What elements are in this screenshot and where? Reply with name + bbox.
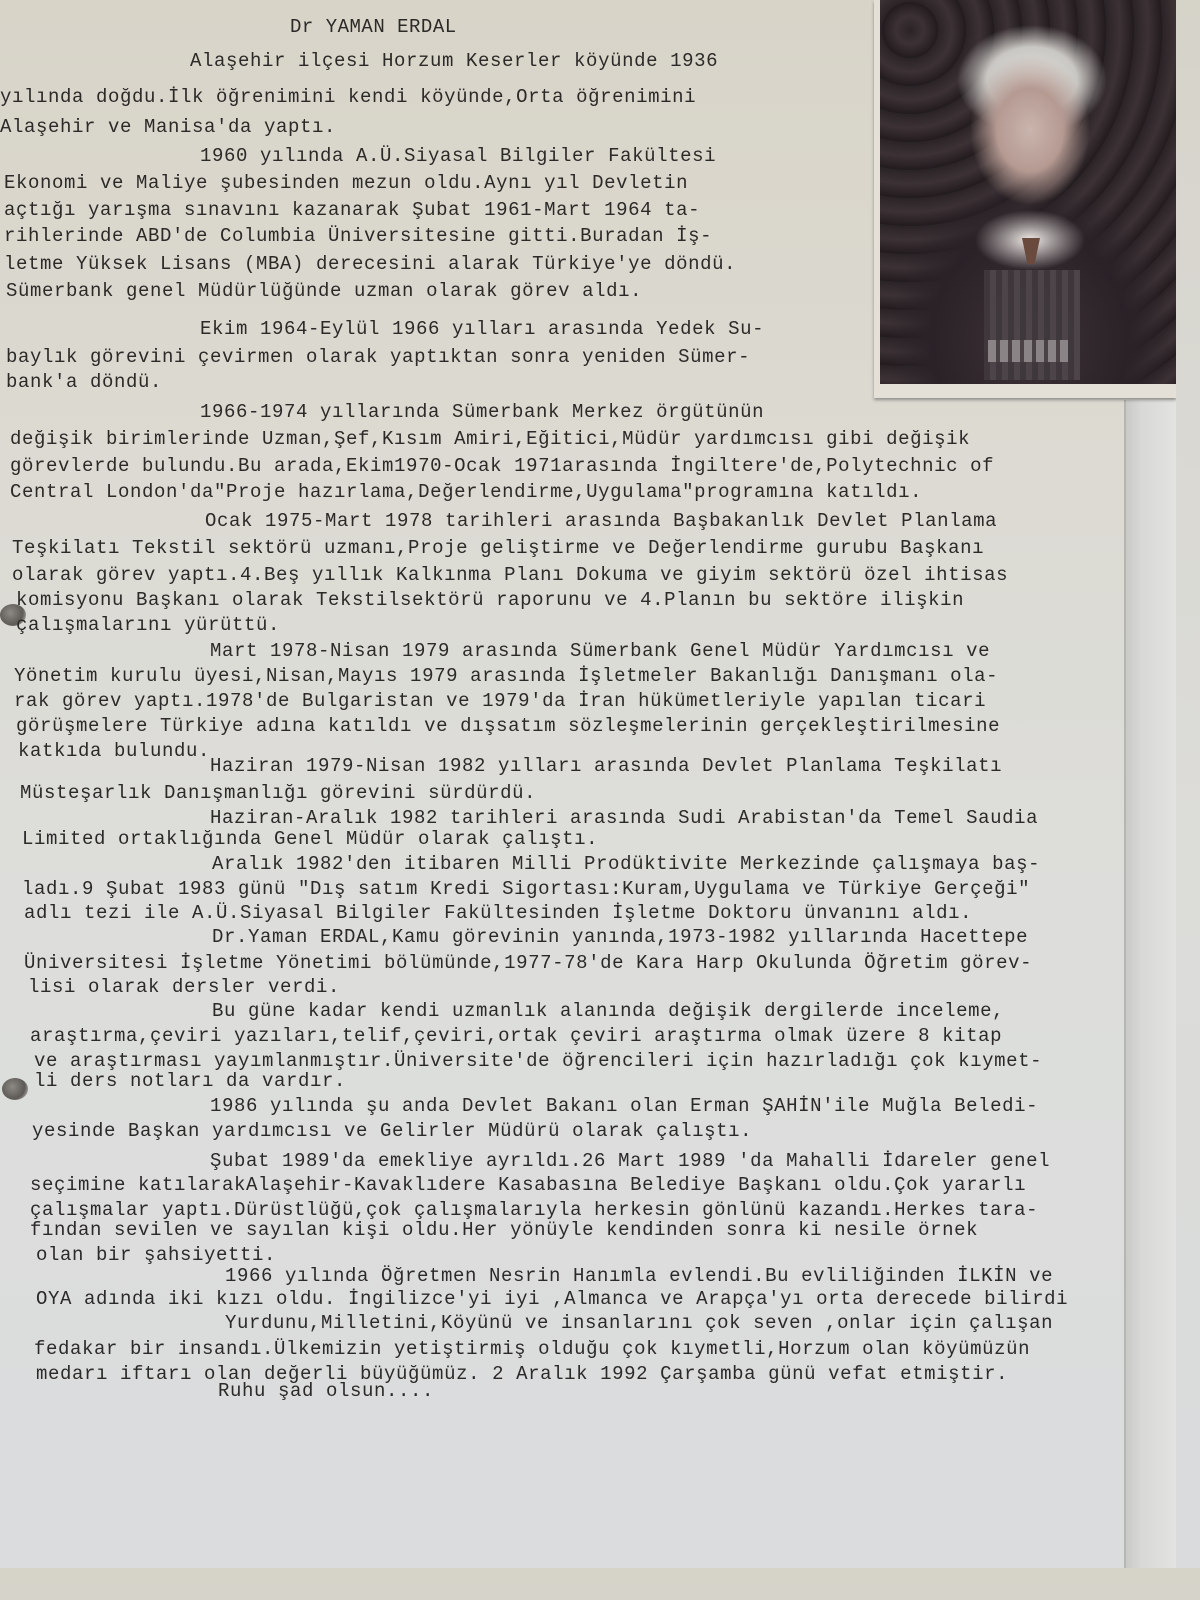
text-line: OYA adında iki kızı oldu. İngilizce'yi i… (36, 1288, 1068, 1310)
text-line: komisyonu Başkanı olarak Tekstilsektörü … (16, 589, 964, 611)
text-line: olarak görev yaptı.4.Beş yıllık Kalkınma… (12, 564, 1008, 586)
text-line: Alaşehir ilçesi Horzum Keserler köyünde … (190, 50, 718, 72)
document-title: Dr YAMAN ERDAL (290, 16, 457, 38)
text-line: rak görev yaptı.1978'de Bulgaristan ve 1… (14, 690, 986, 712)
text-line: Ocak 1975-Mart 1978 tarihleri arasında B… (205, 510, 997, 532)
text-line: Aralık 1982'den itibaren Milli Prodüktiv… (212, 853, 1040, 875)
text-line: seçimine katılarakAlaşehir-Kavaklıdere K… (30, 1174, 1026, 1196)
text-line: Sümerbank genel Müdürlüğünde uzman olara… (6, 280, 642, 302)
text-line: Haziran 1979-Nisan 1982 yılları arasında… (210, 755, 1002, 777)
text-line: görevlerde bulundu.Bu arada,Ekim1970-Oca… (10, 455, 994, 477)
text-line: li ders notları da vardır. (34, 1070, 346, 1092)
text-line: baylık görevini çevirmen olarak yaptıkta… (6, 346, 750, 368)
text-line: Ruhu şad olsun.... (218, 1380, 434, 1402)
text-line: Yönetim kurulu üyesi,Nisan,Mayıs 1979 ar… (14, 665, 998, 687)
text-line: Teşkilatı Tekstil sektörü uzmanı,Proje g… (12, 537, 984, 559)
text-line: Şubat 1989'da emekliye ayrıldı.26 Mart 1… (210, 1150, 1050, 1172)
text-line: 1966-1974 yıllarında Sümerbank Merkez ör… (200, 401, 764, 423)
text-line: Müsteşarlık Danışmanlığı görevini sürdür… (20, 782, 536, 804)
text-line: çalışmalar yaptı.Dürüstlüğü,çok çalışmal… (30, 1199, 1038, 1221)
text-line: görüşmelere Türkiye adına katıldı ve dış… (16, 715, 1000, 737)
text-line: 1960 yılında A.Ü.Siyasal Bilgiler Fakült… (200, 145, 716, 167)
text-line: bank'a döndü. (6, 371, 162, 393)
text-line: araştırma,çeviri yazıları,telif,çeviri,o… (30, 1025, 1002, 1047)
text-line: fedakar bir insandı.Ülkemizin yetiştirmi… (34, 1338, 1030, 1360)
text-line: Ekonomi ve Maliye şubesinden mezun oldu.… (4, 172, 688, 194)
text-line: Mart 1978-Nisan 1979 arasında Sümerbank … (210, 640, 990, 662)
text-line: ladı.9 Şubat 1983 günü "Dış satım Kredi … (22, 878, 1030, 900)
text-line: Haziran-Aralık 1982 tarihleri arasında S… (210, 807, 1038, 829)
text-line: Limited ortaklığında Genel Müdür olarak … (22, 828, 598, 850)
text-line: açtığı yarışma sınavını kazanarak Şubat … (4, 199, 700, 221)
text-line: çalışmalarını yürüttü. (16, 614, 280, 636)
text-line: yılında doğdu.İlk öğrenimini kendi köyün… (0, 86, 696, 108)
text-line: rihlerinde ABD'de Columbia Üniversitesin… (4, 225, 712, 247)
text-line: ve araştırması yayımlanmıştır.Üniversite… (34, 1050, 1042, 1072)
text-line: Alaşehir ve Manisa'da yaptı. (0, 116, 336, 138)
text-line: 1966 yılında Öğretmen Nesrin Hanımla evl… (225, 1265, 1053, 1287)
text-line: lisi olarak dersler verdi. (28, 976, 340, 998)
text-line: Bu güne kadar kendi uzmanlık alanında de… (212, 1000, 1004, 1022)
portrait-photo (880, 0, 1176, 384)
paper-stain (2, 1078, 28, 1100)
text-line: Üniversitesi İşletme Yönetimi bölümünde,… (24, 952, 1032, 974)
text-line: adlı tezi ile A.Ü.Siyasal Bilgiler Fakül… (24, 902, 972, 924)
text-line: medarı iftarı olan değerli büyüğümüz. 2 … (36, 1363, 1008, 1385)
text-line: Yurdunu,Milletini,Köyünü ve insanlarını … (225, 1312, 1053, 1334)
sweater-pattern (988, 340, 1068, 362)
text-line: yesinde Başkan yardımcısı ve Gelirler Mü… (32, 1120, 752, 1142)
text-line: Ekim 1964-Eylül 1966 yılları arasında Ye… (200, 318, 764, 340)
text-line: 1986 yılında şu anda Devlet Bakanı olan … (210, 1095, 1038, 1117)
text-line: letme Yüksek Lisans (MBA) derecesini ala… (4, 253, 736, 275)
portrait-photo-frame (874, 0, 1176, 398)
text-line: değişik birimlerinde Uzman,Şef,Kısım Ami… (10, 428, 970, 450)
text-line: Central London'da"Proje hazırlama,Değerl… (10, 481, 922, 503)
text-line: Dr.Yaman ERDAL,Kamu görevinin yanında,19… (212, 926, 1028, 948)
text-line: fından sevilen ve sayılan kişi oldu.Her … (30, 1219, 978, 1241)
text-line: olan bir şahsiyetti. (36, 1244, 276, 1266)
tie-shape (1022, 238, 1040, 264)
page-edge (1124, 400, 1176, 1568)
sweater-shape (984, 270, 1080, 380)
text-line: katkıda bulundu. (18, 740, 210, 762)
